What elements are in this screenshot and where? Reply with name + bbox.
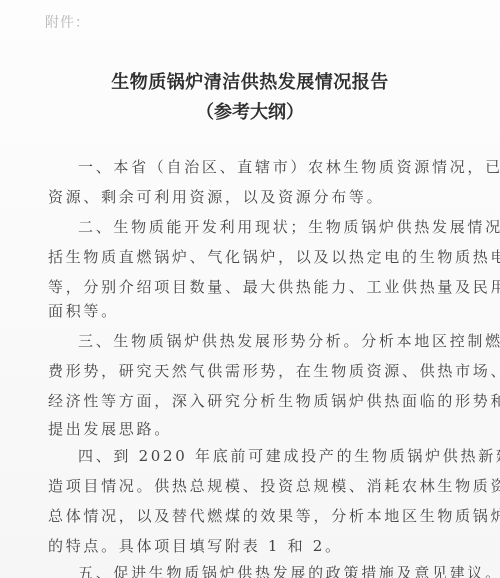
attachment-label: 附件： bbox=[45, 12, 90, 32]
body-text-line: 三、生物质锅炉供热发展形势分析。分析本地区控制燃煤消 bbox=[78, 330, 500, 351]
body-text-line: 的特点。具体项目填写附表 1 和 2。 bbox=[48, 535, 343, 556]
document-title: 生物质锅炉清洁供热发展情况报告 bbox=[0, 68, 500, 94]
body-text-line: 括生物质直燃锅炉、气化锅炉，以及以热定电的生物质热电联产 bbox=[48, 246, 500, 267]
body-text-line: 二、生物质能开发利用现状；生物质锅炉供热发展情况，包 bbox=[78, 216, 500, 237]
body-text-line: 提出发展思路。 bbox=[48, 418, 172, 439]
body-text-line: 面积等。 bbox=[48, 300, 119, 321]
document-page: 附件： 生物质锅炉清洁供热发展情况报告 （参考大纲） 一、本省（自治区、直辖市）… bbox=[0, 0, 500, 578]
body-text-line: 资源、剩余可利用资源，以及资源分布等。 bbox=[48, 186, 384, 207]
body-text-line: 费形势，研究天然气供需形势，在生物质资源、供热市场、技术 bbox=[48, 360, 500, 381]
body-text-line: 五、促进生物质锅炉供热发展的政策措施及意见建议。 bbox=[78, 562, 500, 578]
body-text-line: 一、本省（自治区、直辖市）农林生物质资源情况，已利用 bbox=[78, 156, 500, 177]
body-text-line: 四、到 2020 年底前可建成投产的生物质锅炉供热新建和改 bbox=[78, 445, 500, 466]
document-subtitle: （参考大纲） bbox=[0, 98, 500, 124]
body-text-line: 总体情况，以及替代燃煤的效果等，分析本地区生物质锅炉供热 bbox=[48, 505, 500, 526]
body-text-line: 造项目情况。供热总规模、投资总规模、消耗农林生物质资源等 bbox=[48, 475, 500, 496]
body-text-line: 等，分别介绍项目数量、最大供热能力、工业供热量及民用供暖 bbox=[48, 276, 500, 297]
body-text-line: 经济性等方面，深入研究分析生物质锅炉供热面临的形势和任务， bbox=[48, 390, 500, 411]
